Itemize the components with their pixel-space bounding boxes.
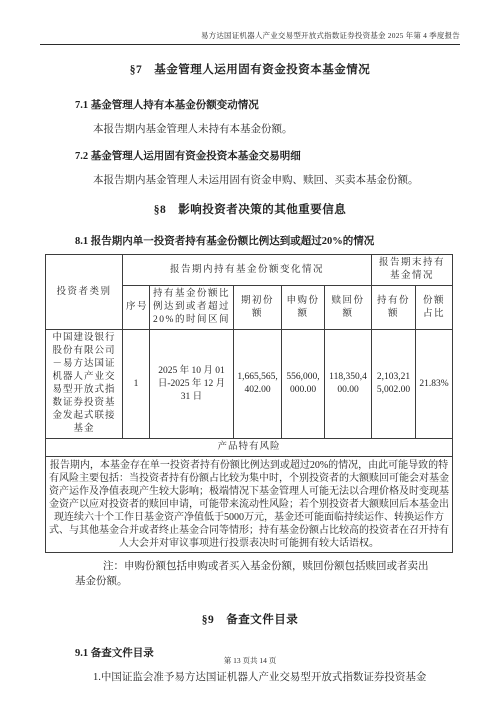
section7-2-heading: 7.2 基金管理人运用固有资金投资本基金交易明细 <box>75 148 460 163</box>
col-seq: 序号 <box>123 286 150 330</box>
section8-1-heading: 8.1 报告期内单一投资者持有基金份额比例达到或超过20%的情况 <box>75 233 460 248</box>
report-page: 易方达国证机器人产业交易型开放式指数证券投资基金 2025 年第 4 季度报告 … <box>0 0 500 707</box>
col-opening-shares: 期初份额 <box>234 286 282 330</box>
cell-threshold-period: 2025 年 10 月 01 日-2025 年 12 月 31 日 <box>150 330 234 439</box>
col-holding-shares: 持有份额 <box>372 286 416 330</box>
table-header-group-row: 投资者类别 报告期内持有基金份额变化情况 报告期末持有基金情况 <box>46 255 453 286</box>
col-threshold-period: 持有基金份额比例达到或者超过20%的时间区间 <box>150 286 234 330</box>
colgroup-period-end-holding: 报告期末持有基金情况 <box>372 255 453 286</box>
section9-1-item1: 1.中国证监会准予易方达国证机器人产业交易型开放式指数证券投资基金 <box>93 669 460 684</box>
cell-holding-shares: 2,103,215,002.00 <box>372 330 416 439</box>
cell-investor-name: 中国建设银行股份有限公司－易方达国证机器人产业交易型开放式指数证券投资基金发起式… <box>46 330 123 439</box>
colgroup-change-in-period: 报告期内持有基金份额变化情况 <box>123 255 372 286</box>
section8-heading: §8 影响投资者决策的其他重要信息 <box>40 201 460 217</box>
cell-subscription-shares: 556,000,000.00 <box>282 330 325 439</box>
section7-1-heading: 7.1 基金管理人持有本基金份额变动情况 <box>75 97 460 112</box>
investor-share-table: 投资者类别 报告期内持有基金份额变化情况 报告期末持有基金情况 序号 持有基金份… <box>45 254 453 553</box>
page-number: 第 13 页共 14 页 <box>224 656 277 665</box>
section7-heading: §7 基金管理人运用固有资金投资本基金情况 <box>40 61 460 77</box>
table-note: 注：申购份额包括申购或者买入基金份额，赎回份额包括赎回或者卖出基金份额。 <box>75 559 435 589</box>
page-footer: 第 13 页共 14 页 <box>0 655 500 666</box>
cell-opening-shares: 1,665,565,402.00 <box>234 330 282 439</box>
col-subscription-shares: 申购份额 <box>282 286 325 330</box>
risk-text-row: 报告期内，本基金存在单一投资者持有份额比例达到或超过20%的情况，由此可能导致的… <box>46 457 453 553</box>
col-investor-type: 投资者类别 <box>46 255 123 330</box>
section9-heading: §9 备查文件目录 <box>40 611 460 627</box>
risk-title-row: 产品特有风险 <box>46 439 453 457</box>
cell-share-ratio: 21.83% <box>416 330 453 439</box>
cell-redemption-shares: 118,350,400.00 <box>325 330 372 439</box>
running-header-text: 易方达国证机器人产业交易型开放式指数证券投资基金 2025 年第 4 季度报告 <box>201 31 460 40</box>
table-row: 中国建设银行股份有限公司－易方达国证机器人产业交易型开放式指数证券投资基金发起式… <box>46 330 453 439</box>
running-header: 易方达国证机器人产业交易型开放式指数证券投资基金 2025 年第 4 季度报告 <box>40 30 460 45</box>
risk-section-title: 产品特有风险 <box>46 439 453 457</box>
section7-1-body: 本报告期内基金管理人未持有本基金份额。 <box>93 121 460 136</box>
cell-seq: 1 <box>123 330 150 439</box>
col-redemption-shares: 赎回份额 <box>325 286 372 330</box>
section7-2-body: 本报告期内基金管理人未运用固有资金申购、赎回、买卖本基金份额。 <box>93 172 460 187</box>
risk-section-text: 报告期内，本基金存在单一投资者持有份额比例达到或超过20%的情况，由此可能导致的… <box>46 457 453 553</box>
col-share-ratio: 份额占比 <box>416 286 453 330</box>
